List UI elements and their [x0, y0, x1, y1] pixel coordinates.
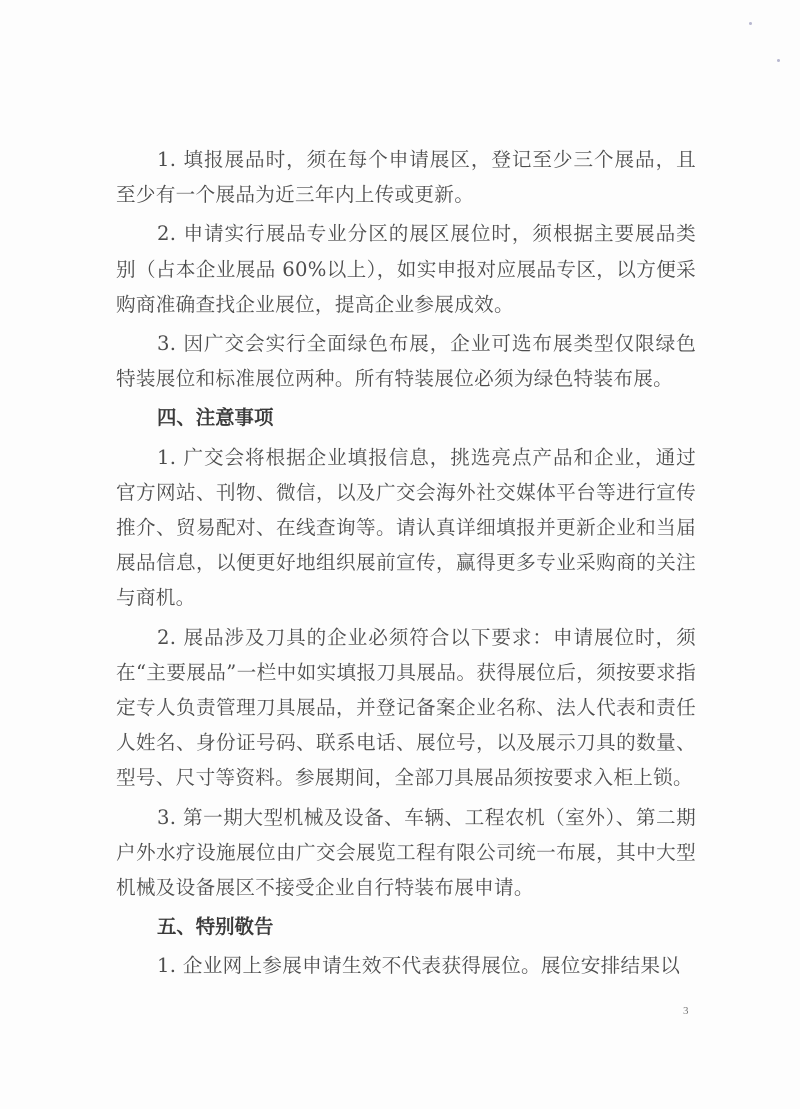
- paragraph-machinery-booth: 3. 第一期大型机械及设备、车辆、工程农机（室外）、第二期户外水疗设施展位由广交…: [116, 800, 696, 906]
- scan-speck: [777, 59, 780, 62]
- paragraph-promotion: 1. 广交会将根据企业填报信息，挑选亮点产品和企业，通过官方网站、刊物、微信，以…: [116, 440, 696, 616]
- section-heading-special-notice: 五、特别敬告: [116, 909, 696, 944]
- paragraph-knife-requirements: 2. 展品涉及刀具的企业必须符合以下要求：申请展位时，须在“主要展品”一栏中如实…: [116, 620, 696, 796]
- paragraph-green-booth: 3. 因广交会实行全面绿色布展，企业可选布展类型仅限绿色特装展位和标准展位两种。…: [116, 326, 696, 396]
- page-number: 3: [683, 1005, 689, 1017]
- paragraph-exhibit-registration: 1. 填报展品时，须在每个申请展区，登记至少三个展品，且至少有一个展品为近三年内…: [116, 142, 696, 212]
- section-heading-notes: 四、注意事项: [116, 400, 696, 435]
- paragraph-application-validity: 1. 企业网上参展申请生效不代表获得展位。展位安排结果以: [116, 948, 696, 983]
- paragraph-zone-application: 2. 申请实行展品专业分区的展区展位时，须根据主要展品类别（占本企业展品 60%…: [116, 216, 696, 322]
- document-body: 1. 填报展品时，须在每个申请展区，登记至少三个展品，且至少有一个展品为近三年内…: [116, 142, 696, 988]
- scan-speck: [749, 22, 752, 25]
